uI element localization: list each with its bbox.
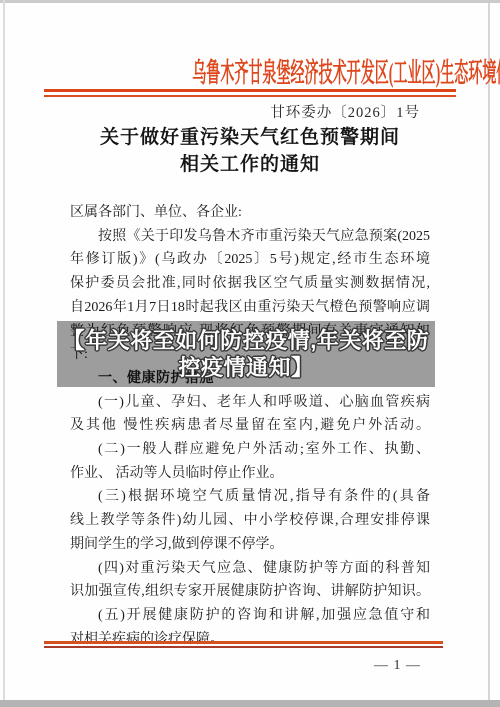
scan-edge-top [0, 0, 500, 3]
closing-double-rule [44, 641, 443, 648]
intro-line: 保护委员会批准,同时依据我区空气质量实测数据情况, [70, 272, 430, 296]
salutation: 区属各部门、单位、各企业: [70, 201, 430, 225]
watermark-text-line1: 【年关将至如何防控疫情,年关将至防 [63, 327, 430, 354]
intro-line: 年修订版)》(乌政办〔2025〕5号)规定,经市生态环境 [70, 248, 430, 272]
scan-edge-bottom [0, 700, 500, 707]
notice-title-line2: 相关工作的通知 [0, 151, 500, 178]
item2-line: (二)一般人群应避免户外活动;室外工作、执勤、 [70, 438, 430, 462]
item3-line: 线上教学等条件)幼儿园、中小学校停课,合理安排停课 [70, 509, 430, 533]
item1-line: (一)儿童、孕妇、老年人和呼吸道、心脑血管疾病 [70, 391, 430, 415]
item4-line: (四)对重污染天气应急、健康防护等方面的科普知 [70, 557, 430, 581]
watermark-overlay: 【年关将至如何防控疫情,年关将至防 控疫情通知】 [57, 321, 435, 387]
intro-line: 自2026年1月7日18时起我区由重污染天气橙色预警响应调 [70, 296, 430, 320]
scanned-notice-page: 乌鲁木齐甘泉堡经济技术开发区(工业区)生态环境保护委员会办公室 甘环委办〔202… [0, 0, 500, 707]
document-number: 甘环委办〔2026〕1号 [0, 101, 420, 122]
notice-title: 关于做好重污染天气红色预警期间 相关工作的通知 [0, 124, 500, 178]
item3-line: (三)根据环境空气质量情况,指导有条件的(具备 [70, 485, 430, 509]
watermark-text-line2: 控疫情通知】 [178, 354, 313, 381]
item5-line: (五)开展健康防护的咨询和讲解,加强应急值守和 [70, 604, 430, 628]
item3-line: 期间学生的学习,做到停课不停学。 [70, 533, 430, 557]
letterhead-double-rule [44, 89, 456, 97]
notice-body: 区属各部门、单位、各企业: 按照《关于印发乌鲁木齐市重污染天气应急预案(2025… [70, 201, 430, 651]
item4-line: 识加强宣传,组织专家开展健康防护咨询、讲解防护知识。 [70, 580, 430, 604]
page-number: — 1 — [0, 658, 421, 674]
intro-line: 按照《关于印发乌鲁木齐市重污染天气应急预案(2025 [70, 225, 430, 249]
item2-line: 作业、 活动等人员临时停止作业。 [70, 462, 430, 486]
letterhead-office-name: 乌鲁木齐甘泉堡经济技术开发区(工业区)生态环境保护委员会办公室 [0, 51, 500, 90]
scan-edge-right [488, 3, 490, 700]
notice-title-line1: 关于做好重污染天气红色预警期间 [0, 124, 500, 151]
item1-line: 及其他 慢性疾病患者尽量留在室内,避免户外活动。 [70, 414, 430, 438]
